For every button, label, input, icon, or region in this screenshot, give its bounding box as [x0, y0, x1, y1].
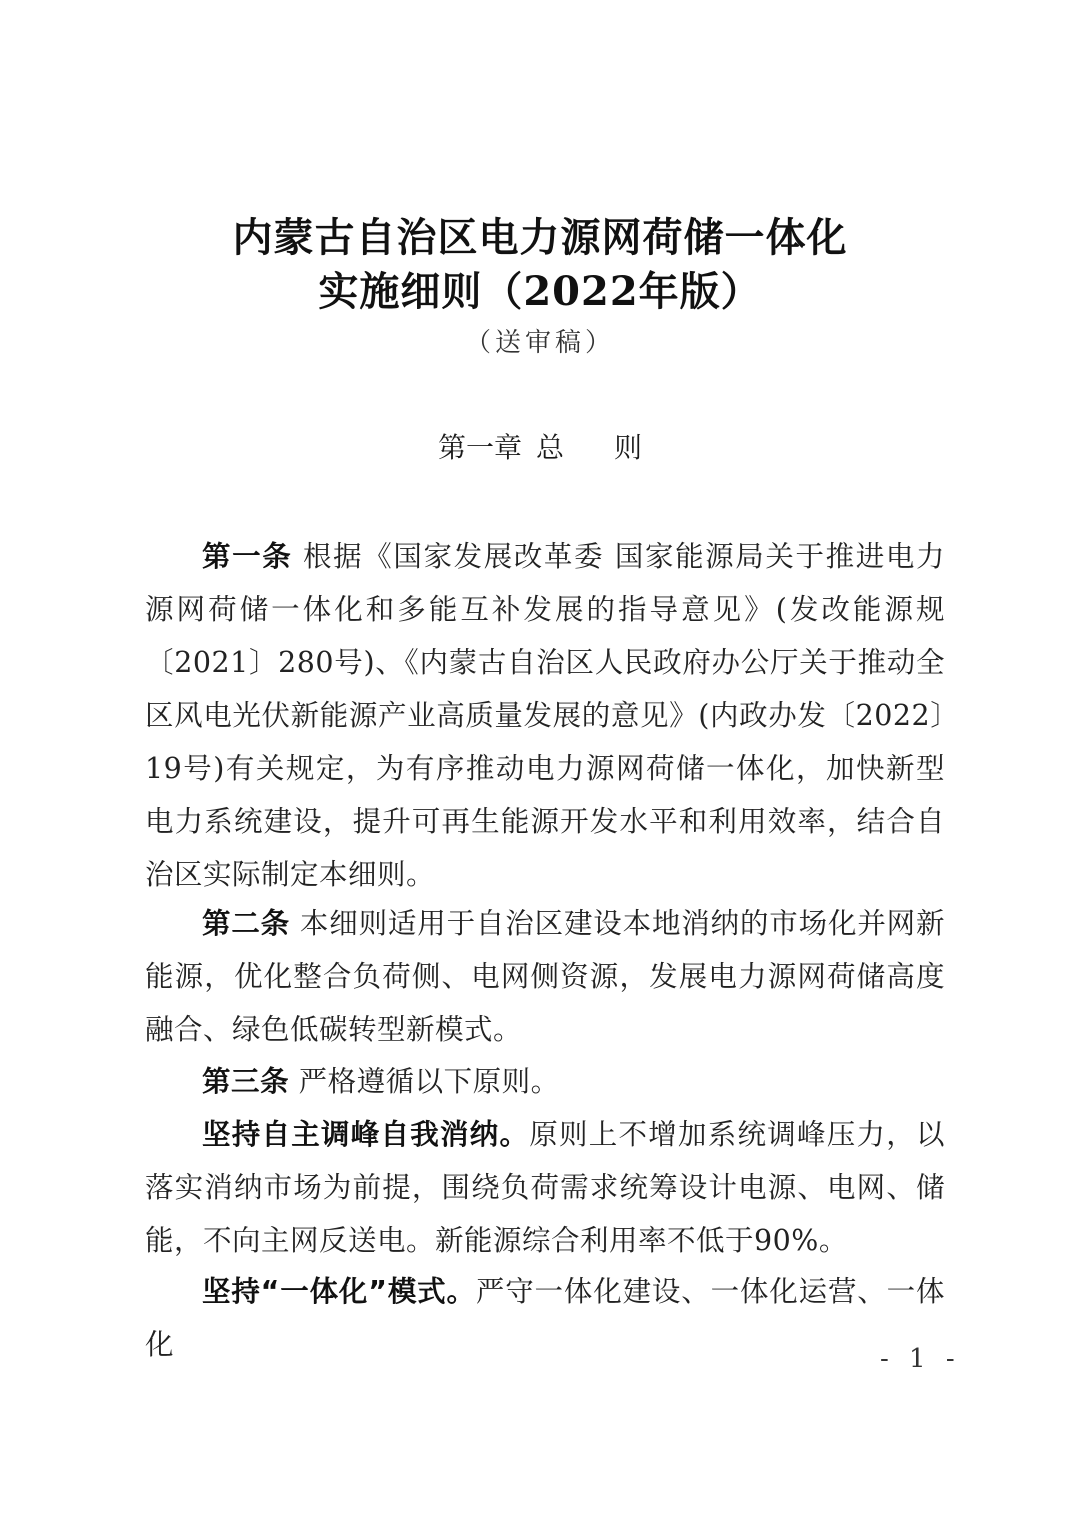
chapter-title-part-2: 则: [614, 431, 642, 464]
principle-2-lead: 坚持“一体化”模式。: [202, 1275, 476, 1308]
principle-2: 坚持“一体化”模式。严守一体化建设、一体化运营、一体化: [145, 1265, 945, 1371]
article-3-text: 严格遵循以下原则。: [289, 1065, 560, 1098]
article-1-text: 根据《国家发展改革委 国家能源局关于推进电力源网荷储一体化和多能互补发展的指导意…: [145, 540, 945, 891]
article-2: 第二条 本细则适用于自治区建设本地消纳的市场化并网新能源，优化整合负荷侧、电网侧…: [145, 897, 945, 1056]
article-3-lead: 第三条: [202, 1065, 289, 1098]
document-page: 内蒙古自治区电力源网荷储一体化 实施细则（2022年版） （送审稿） 第一章总则…: [0, 0, 1080, 1527]
document-title-line-1: 内蒙古自治区电力源网荷储一体化: [0, 218, 1080, 258]
chapter-title-part-1: 总: [536, 431, 564, 464]
principle-1-lead: 坚持自主调峰自我消纳。: [202, 1118, 529, 1151]
document-title-line-2: 实施细则（2022年版）: [0, 272, 1080, 312]
article-3: 第三条 严格遵循以下原则。: [145, 1055, 945, 1108]
article-1-lead: 第一条: [202, 540, 292, 573]
draft-status-label: （送审稿）: [0, 330, 1080, 356]
article-1: 第一条 根据《国家发展改革委 国家能源局关于推进电力源网荷储一体化和多能互补发展…: [145, 530, 945, 901]
principle-1: 坚持自主调峰自我消纳。原则上不增加系统调峰压力，以落实消纳市场为前提，围绕负荷需…: [145, 1108, 945, 1267]
chapter-heading: 第一章总则: [0, 434, 1080, 462]
article-2-lead: 第二条: [202, 907, 290, 940]
page-number: - 1 -: [880, 1346, 961, 1372]
chapter-number: 第一章: [438, 431, 522, 464]
